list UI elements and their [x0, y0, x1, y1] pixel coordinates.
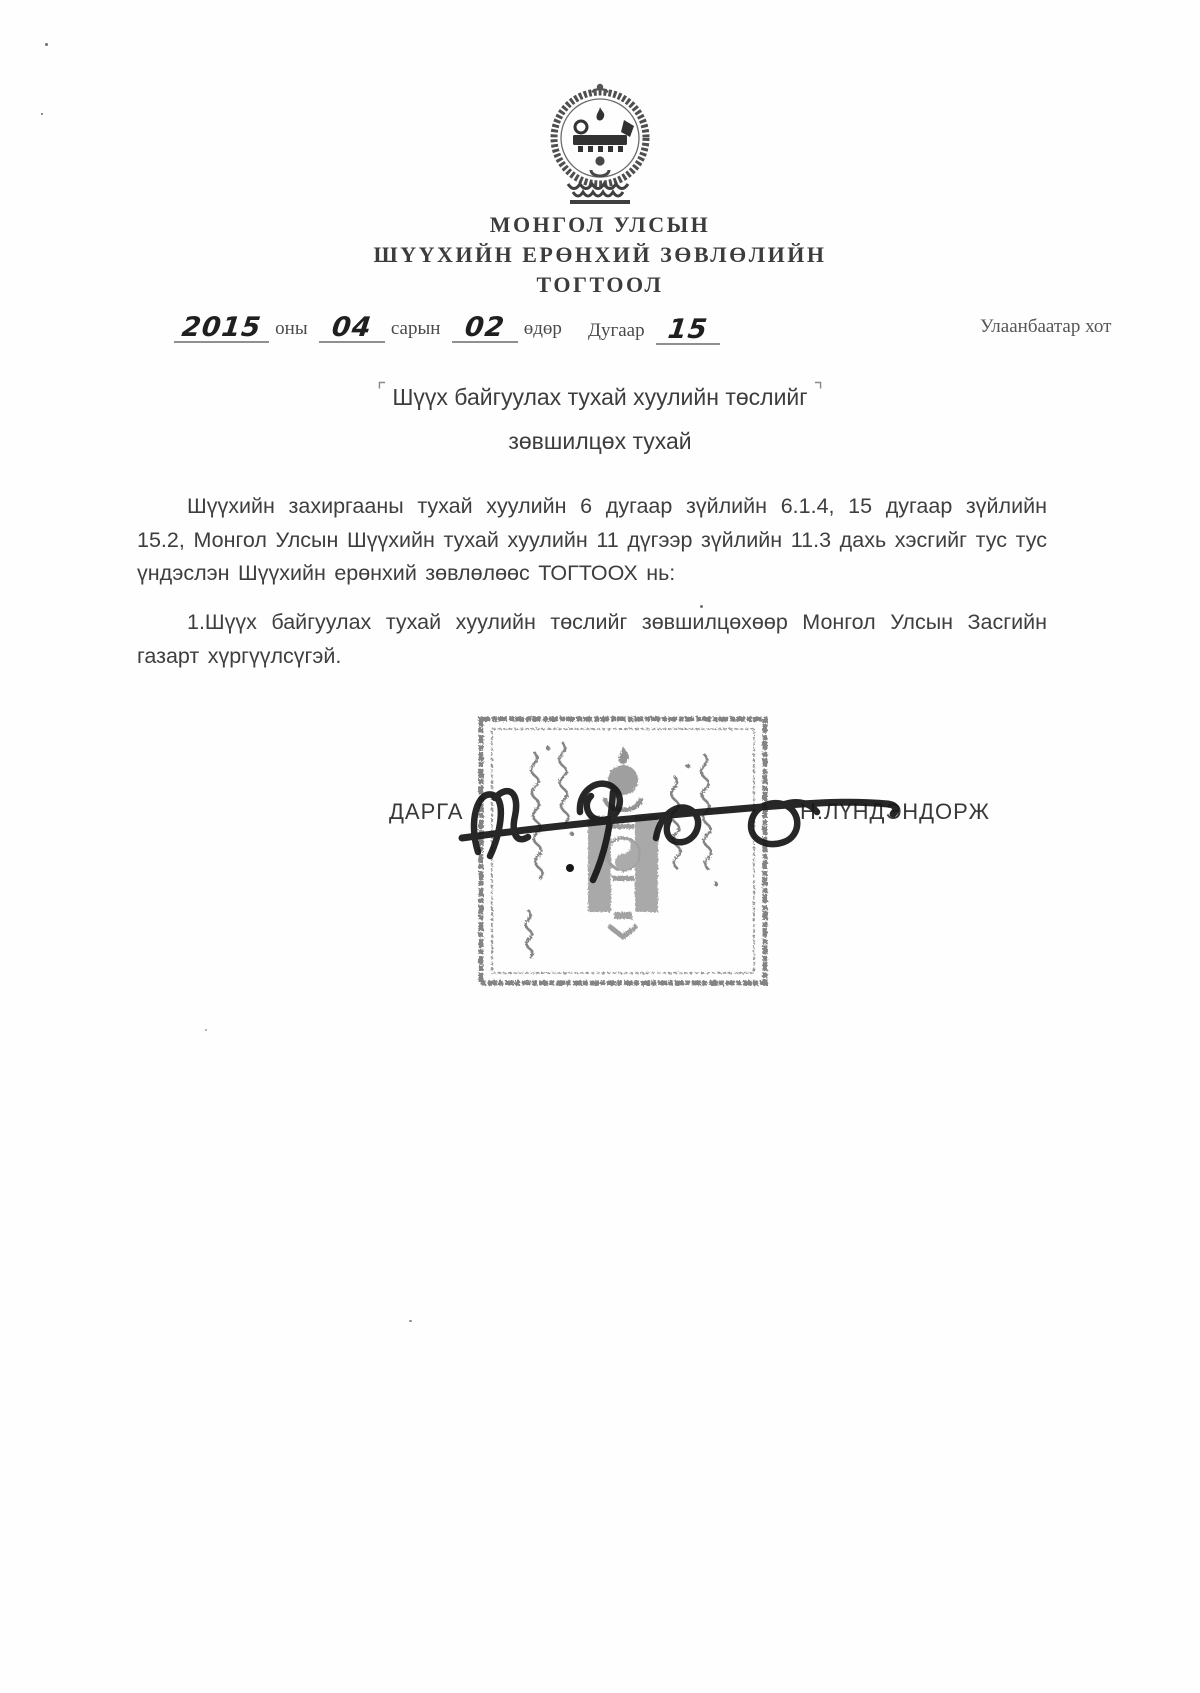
scan-speck [700, 605, 703, 608]
country-name: МОНГОЛ УЛСЫН [0, 210, 1200, 240]
year-blank: 2015 [174, 312, 269, 343]
month-blank: 04 [319, 312, 385, 343]
scan-speck [41, 113, 43, 115]
paragraph-resolution: 1.Шүүх байгуулах тухай хуулийн төслийг з… [137, 606, 1047, 673]
title-line-1: ⌜Шүүх байгуулах тухай хуулийн төслийг⌝ [0, 376, 1200, 420]
document-number: Дугаар 15 [588, 314, 726, 345]
corner-bracket-right: ⌝ [808, 380, 829, 402]
title-line-2: зөвшилцөх тухай [0, 420, 1200, 462]
document-title: ⌜Шүүх байгуулах тухай хуулийн төслийг⌝ з… [0, 376, 1200, 462]
date-fields: 2015оны 04сарын 02өдөр [168, 312, 562, 343]
scanned-document-page: МОНГОЛ УЛСЫН ШҮҮХИЙН ЕРӨНХИЙ ЗӨВЛӨЛИЙН Т… [0, 0, 1200, 1693]
title-text-1: Шүүх байгуулах тухай хуулийн төслийг [392, 384, 807, 410]
date-line: 2015оны 04сарын 02өдөр Дугаар 15 Улаанба… [0, 306, 1200, 352]
number-label: Дугаар [588, 320, 645, 341]
city-label: Улаанбаатар хот [980, 316, 1111, 338]
document-type: ТОГТООЛ [0, 270, 1200, 300]
paragraph-legal-basis: Шүүхийн захиргааны тухай хуулийн 6 дугаа… [137, 490, 1047, 591]
scan-speck [205, 1029, 207, 1031]
year-label: оны [275, 318, 307, 339]
number-value: 15 [666, 316, 709, 344]
scan-speck [409, 1320, 412, 1322]
document-header: МОНГОЛ УЛСЫН ШҮҮХИЙН ЕРӨНХИЙ ЗӨВЛӨЛИЙН Т… [0, 210, 1200, 300]
mongolia-state-emblem-icon [540, 80, 660, 208]
day-label: өдөр [524, 318, 562, 339]
month-value: 04 [330, 314, 373, 342]
corner-bracket-left: ⌜ [371, 380, 392, 402]
day-blank: 02 [452, 312, 518, 343]
number-blank: 15 [656, 314, 720, 345]
organization-name: ШҮҮХИЙН ЕРӨНХИЙ ЗӨВЛӨЛИЙН [0, 240, 1200, 270]
year-value: 2015 [180, 314, 263, 342]
handwritten-signature [448, 740, 922, 890]
month-label: сарын [391, 318, 441, 339]
day-value: 02 [463, 314, 506, 342]
scan-speck [45, 43, 48, 46]
